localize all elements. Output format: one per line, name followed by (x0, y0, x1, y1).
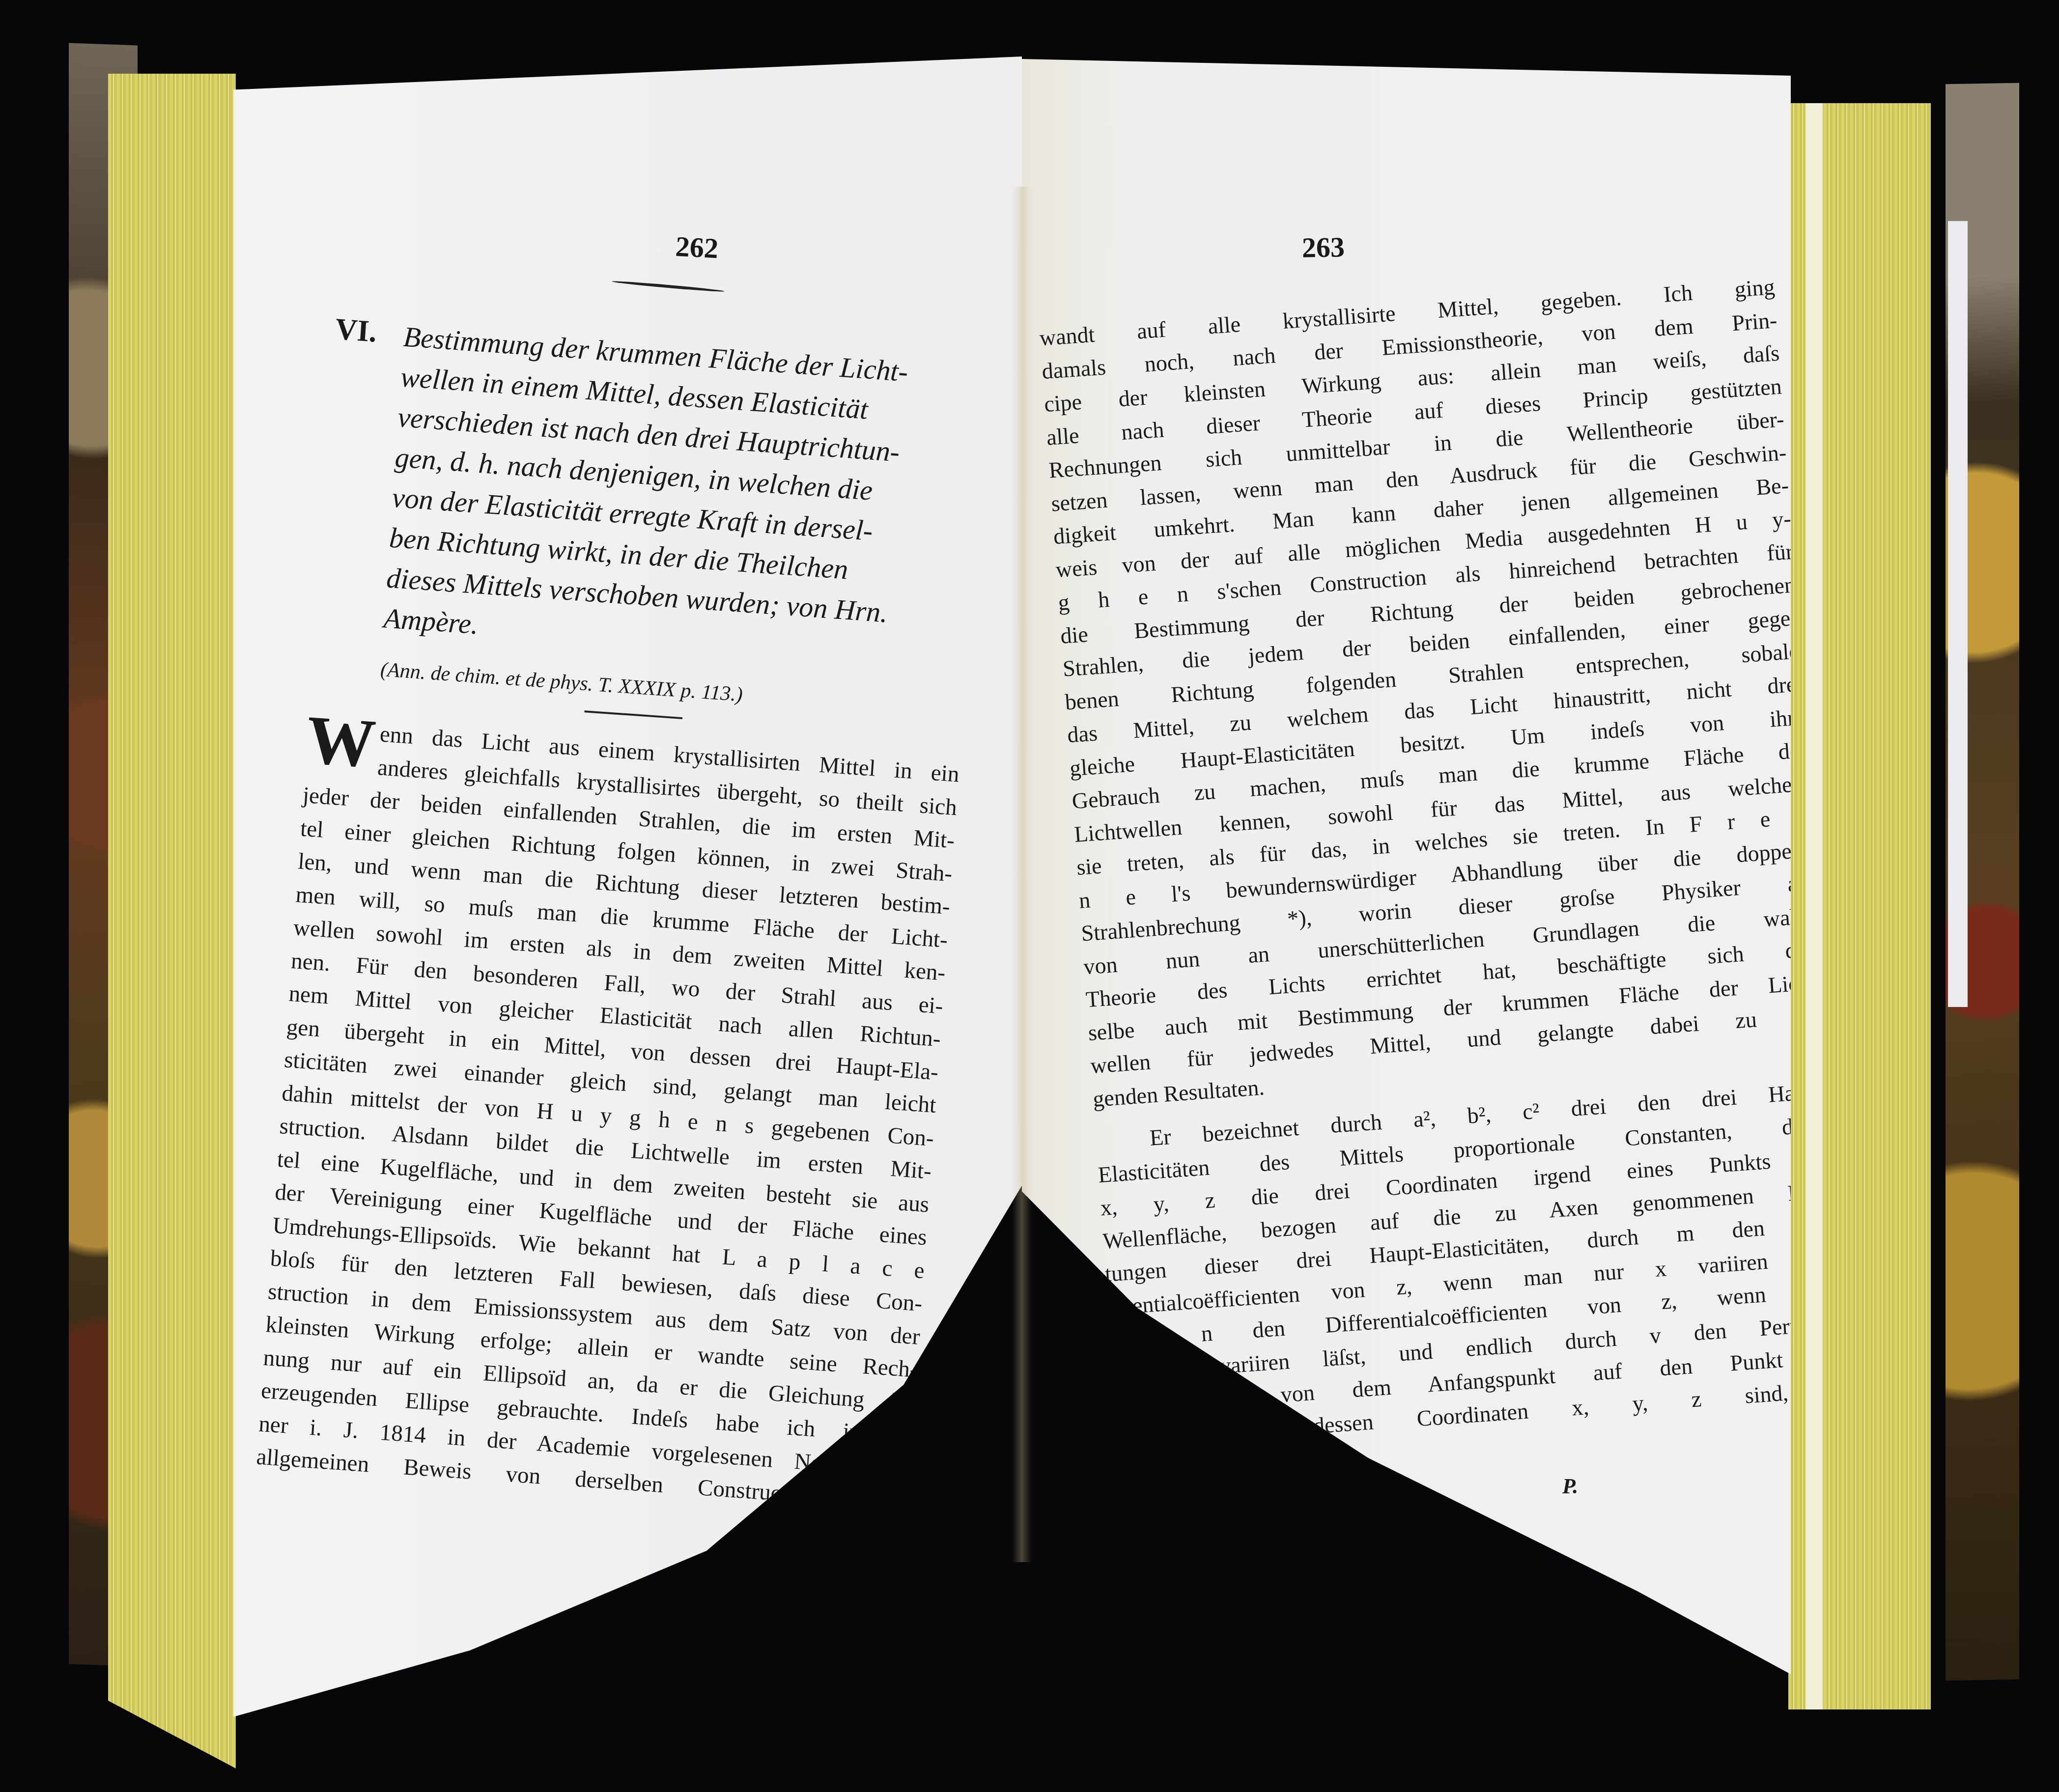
page-number: 262 (675, 230, 719, 265)
open-book: 262 VI. Bestimmung der krummen Fläche de… (0, 0, 2059, 1792)
right-gilt-page-edges (1788, 103, 1931, 1709)
body-text: wandt auf alle krystallisirte Mittel, ge… (1039, 270, 1791, 1489)
section-title: Bestimmung der krummen Fläche der Licht-… (382, 317, 909, 673)
ornamental-rule (612, 280, 725, 293)
left-gilt-page-edges (108, 74, 236, 1768)
right-page: 263 wandt auf alle krystallisirte Mittel… (1022, 59, 1791, 1724)
signature-mark: P. (1562, 1474, 1578, 1499)
left-page: 262 VI. Bestimmung der krummen Fläche de… (233, 56, 1022, 1717)
right-text-block: wandt auf alle krystallisirte Mittel, ge… (1039, 270, 1791, 1525)
page-number: 263 (1301, 230, 1345, 264)
book-gutter (1012, 187, 1032, 1562)
body-text: W enn das Licht aus einem krystallisirte… (255, 713, 960, 1519)
section-numeral: VI. (314, 312, 378, 636)
drop-cap: W (305, 713, 377, 771)
section-heading: VI. Bestimmung der krummen Fläche der Li… (314, 312, 988, 679)
divider-rule (584, 710, 682, 719)
paper-slip (1948, 221, 1968, 1007)
left-text-block: VI. Bestimmung der krummen Fläche der Li… (255, 312, 988, 1519)
